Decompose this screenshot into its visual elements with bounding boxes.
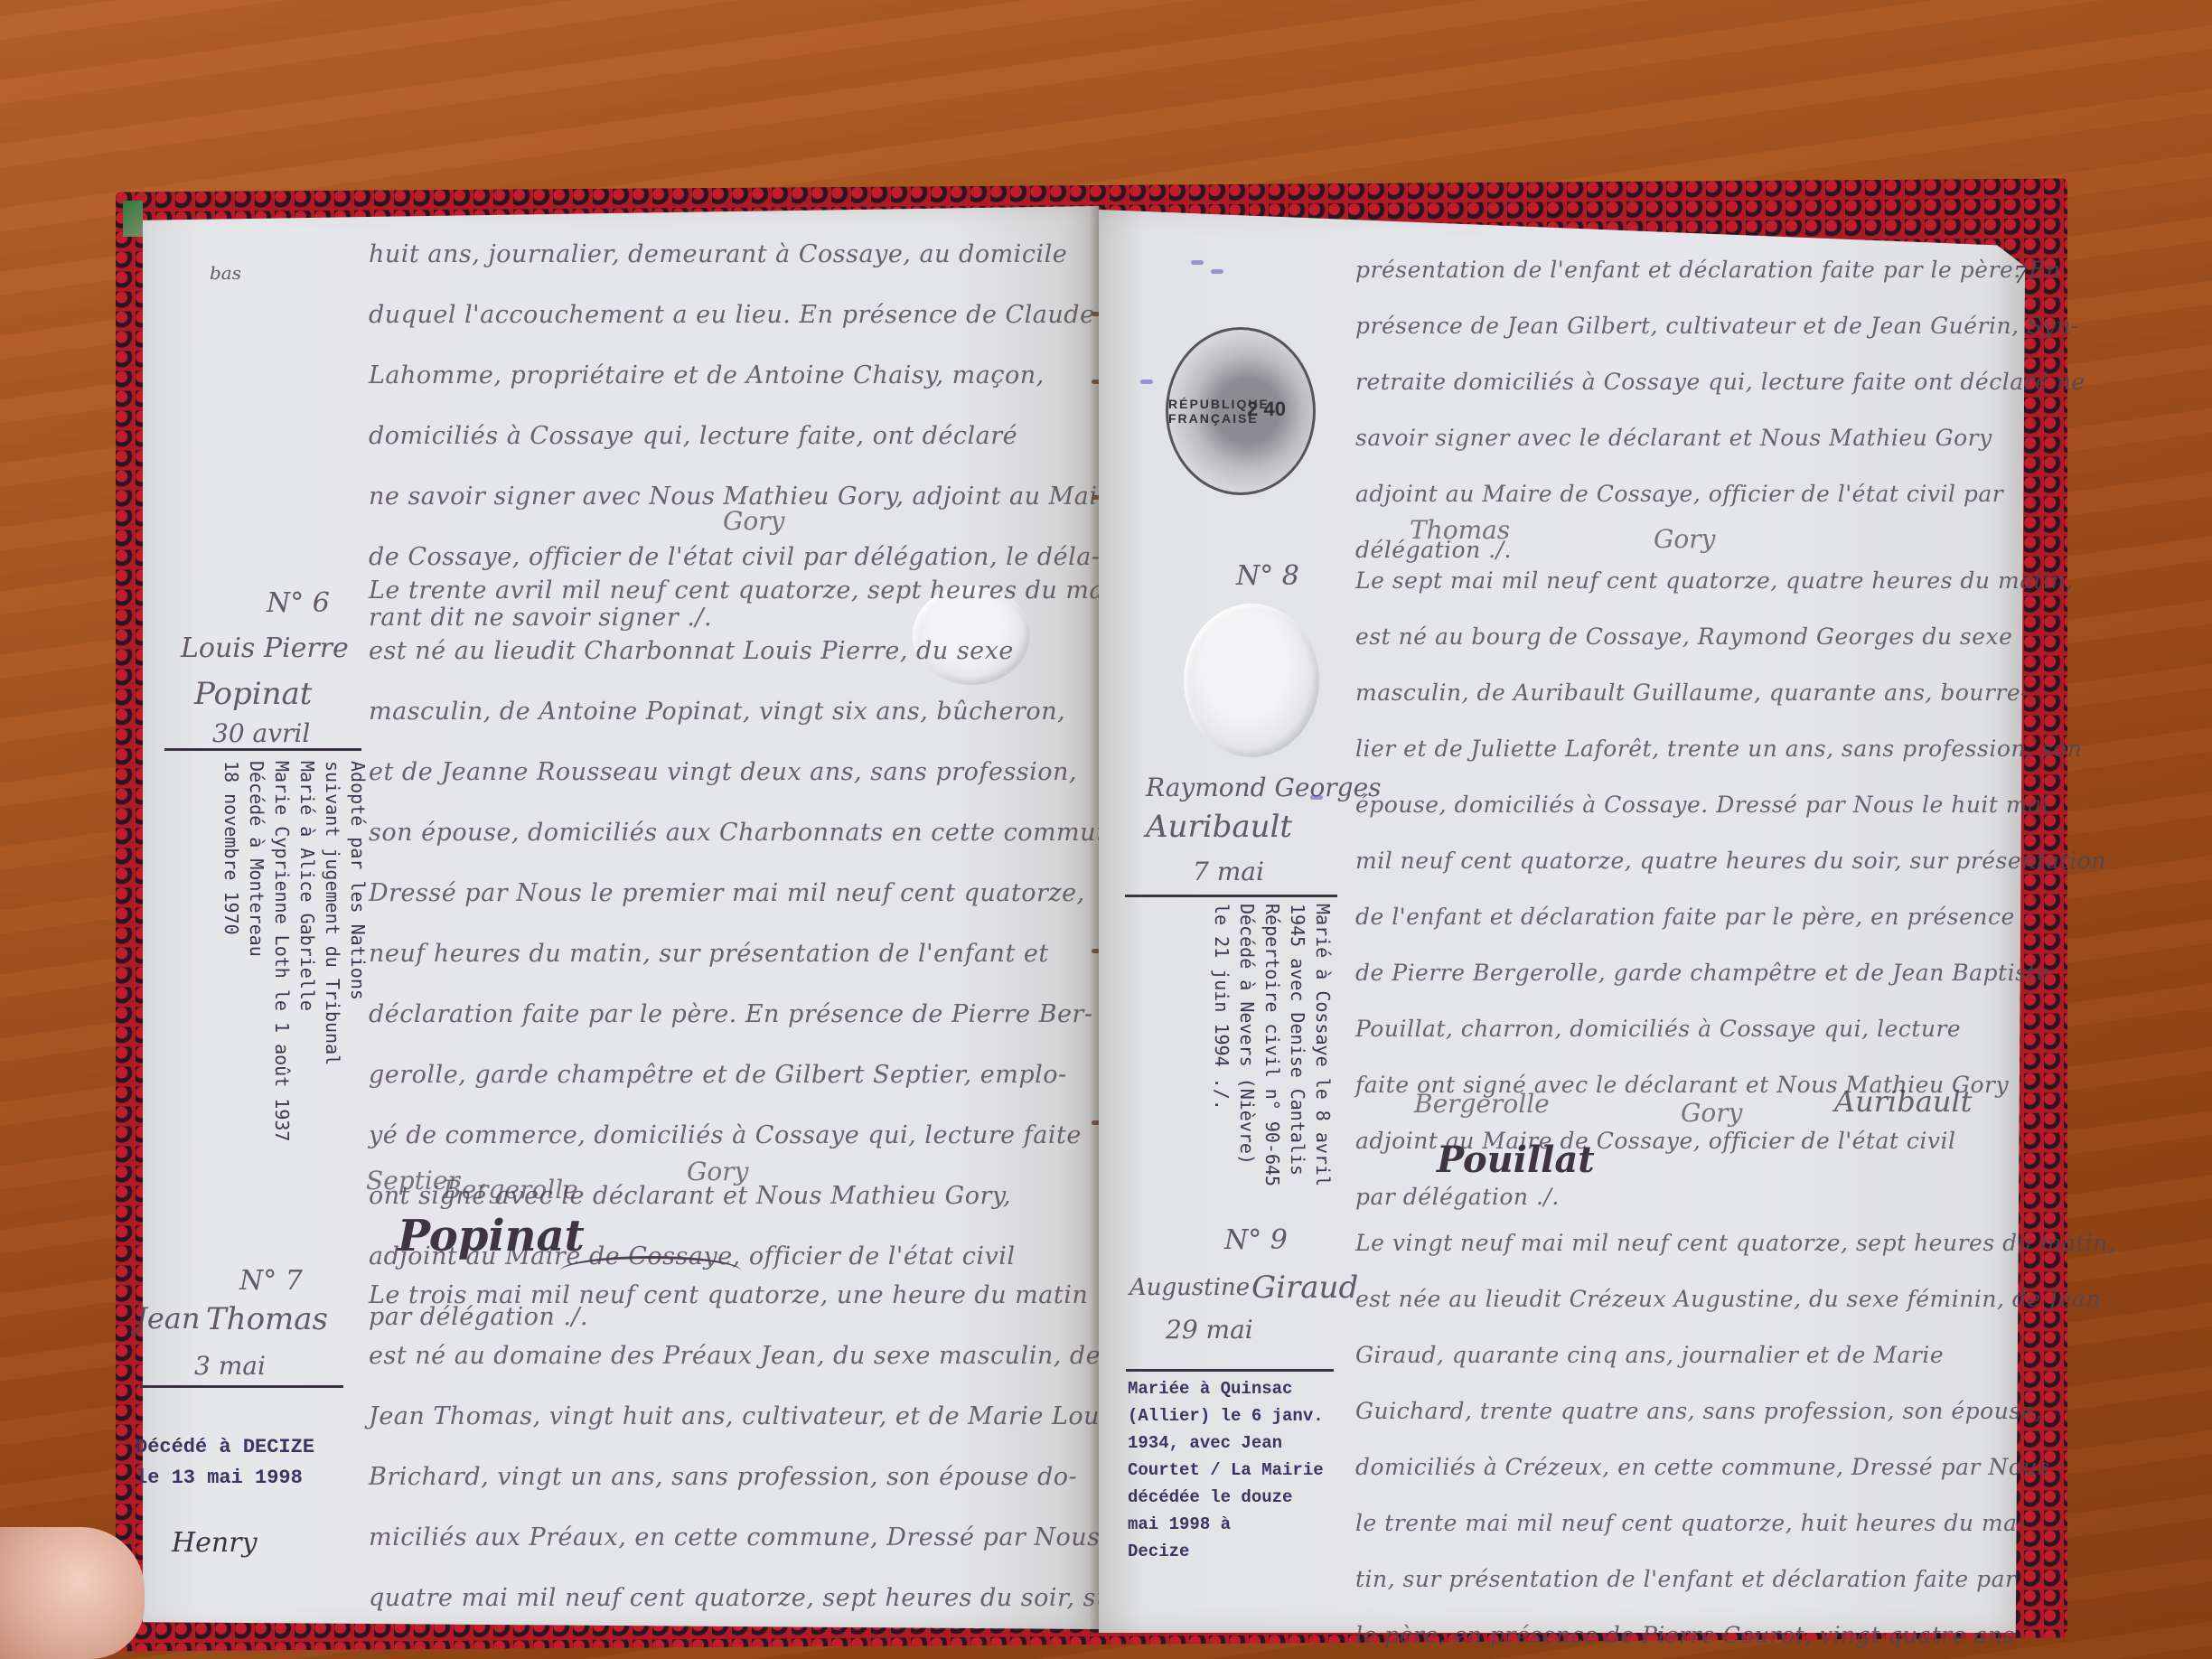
child-surname: Giraud: [1251, 1270, 1358, 1306]
stamp-text: RÉPUBLIQUE FRANÇAISE: [1168, 397, 1313, 426]
holding-thumb: [0, 1527, 145, 1659]
child-name: Jean: [136, 1301, 200, 1336]
signature-gory: Gory: [723, 506, 784, 536]
act-number: N° 7: [239, 1265, 303, 1297]
marginal-mention: Décédé à DECIZE le 13 mai 1998: [136, 1432, 314, 1494]
cover-corner: [123, 201, 143, 237]
signature-gory: Gory: [1654, 524, 1715, 554]
signature-thomas: Thomas: [1410, 515, 1510, 545]
signature-bergerolle: Bergerolle: [1414, 1089, 1550, 1119]
act-date: 7 mai: [1193, 857, 1264, 886]
margin-divider: [164, 748, 361, 751]
act-date: 3 mai: [194, 1351, 266, 1381]
margin-divider: [1126, 1369, 1334, 1372]
act-text: Le trois mai mil neuf cent quatorze, une…: [369, 1265, 1156, 1628]
stamp-value: 2 40: [1247, 398, 1286, 421]
child-name: Augustine: [1129, 1274, 1250, 1301]
marginal-mention: Marié à Cossaye le 8 avril 1945 avec Den…: [1209, 904, 1336, 1186]
child-name: Louis Pierre: [181, 633, 349, 664]
ink-speck: [1140, 380, 1153, 384]
tax-stamp: RÉPUBLIQUE FRANÇAISE 2 40: [1166, 327, 1316, 495]
act-date: 29 mai: [1166, 1315, 1253, 1345]
signature-gory: Gory: [687, 1157, 748, 1186]
child-surname: Thomas: [206, 1301, 328, 1337]
corner-mark: bas: [210, 262, 241, 284]
act-number: N° 8: [1236, 560, 1299, 592]
act-date: 30 avril: [212, 718, 310, 748]
signature-popinat: Popinat: [398, 1211, 585, 1261]
marginal-mention: Adopté par les Nations suivant jugement …: [219, 761, 370, 1141]
marginal-mention: Mariée à Quinsac (Allier) le 6 janv. 193…: [1128, 1375, 1324, 1565]
signature-pouillat: Pouillat: [1437, 1139, 1595, 1181]
child-name: Raymond Georges: [1146, 773, 1382, 802]
signature-gory: Gory: [1681, 1098, 1742, 1128]
act-number: N° 9: [1224, 1224, 1288, 1256]
ink-speck: [1191, 260, 1204, 265]
signature-auribault: Auribault: [1834, 1084, 1973, 1119]
child-surname: Popinat: [194, 676, 312, 712]
act-text: Le vingt neuf mai mil neuf cent quatorze…: [1355, 1215, 2115, 1659]
child-surname: Auribault: [1146, 809, 1292, 845]
ink-speck: [1211, 269, 1223, 274]
margin-divider: [1125, 895, 1337, 897]
signature-mention: Henry: [172, 1527, 258, 1559]
act-number: N° 6: [267, 587, 330, 619]
margin-divider: [140, 1385, 343, 1388]
embossed-seal: [1184, 604, 1319, 757]
signature-bergerolle: Bergerolle: [443, 1175, 578, 1204]
